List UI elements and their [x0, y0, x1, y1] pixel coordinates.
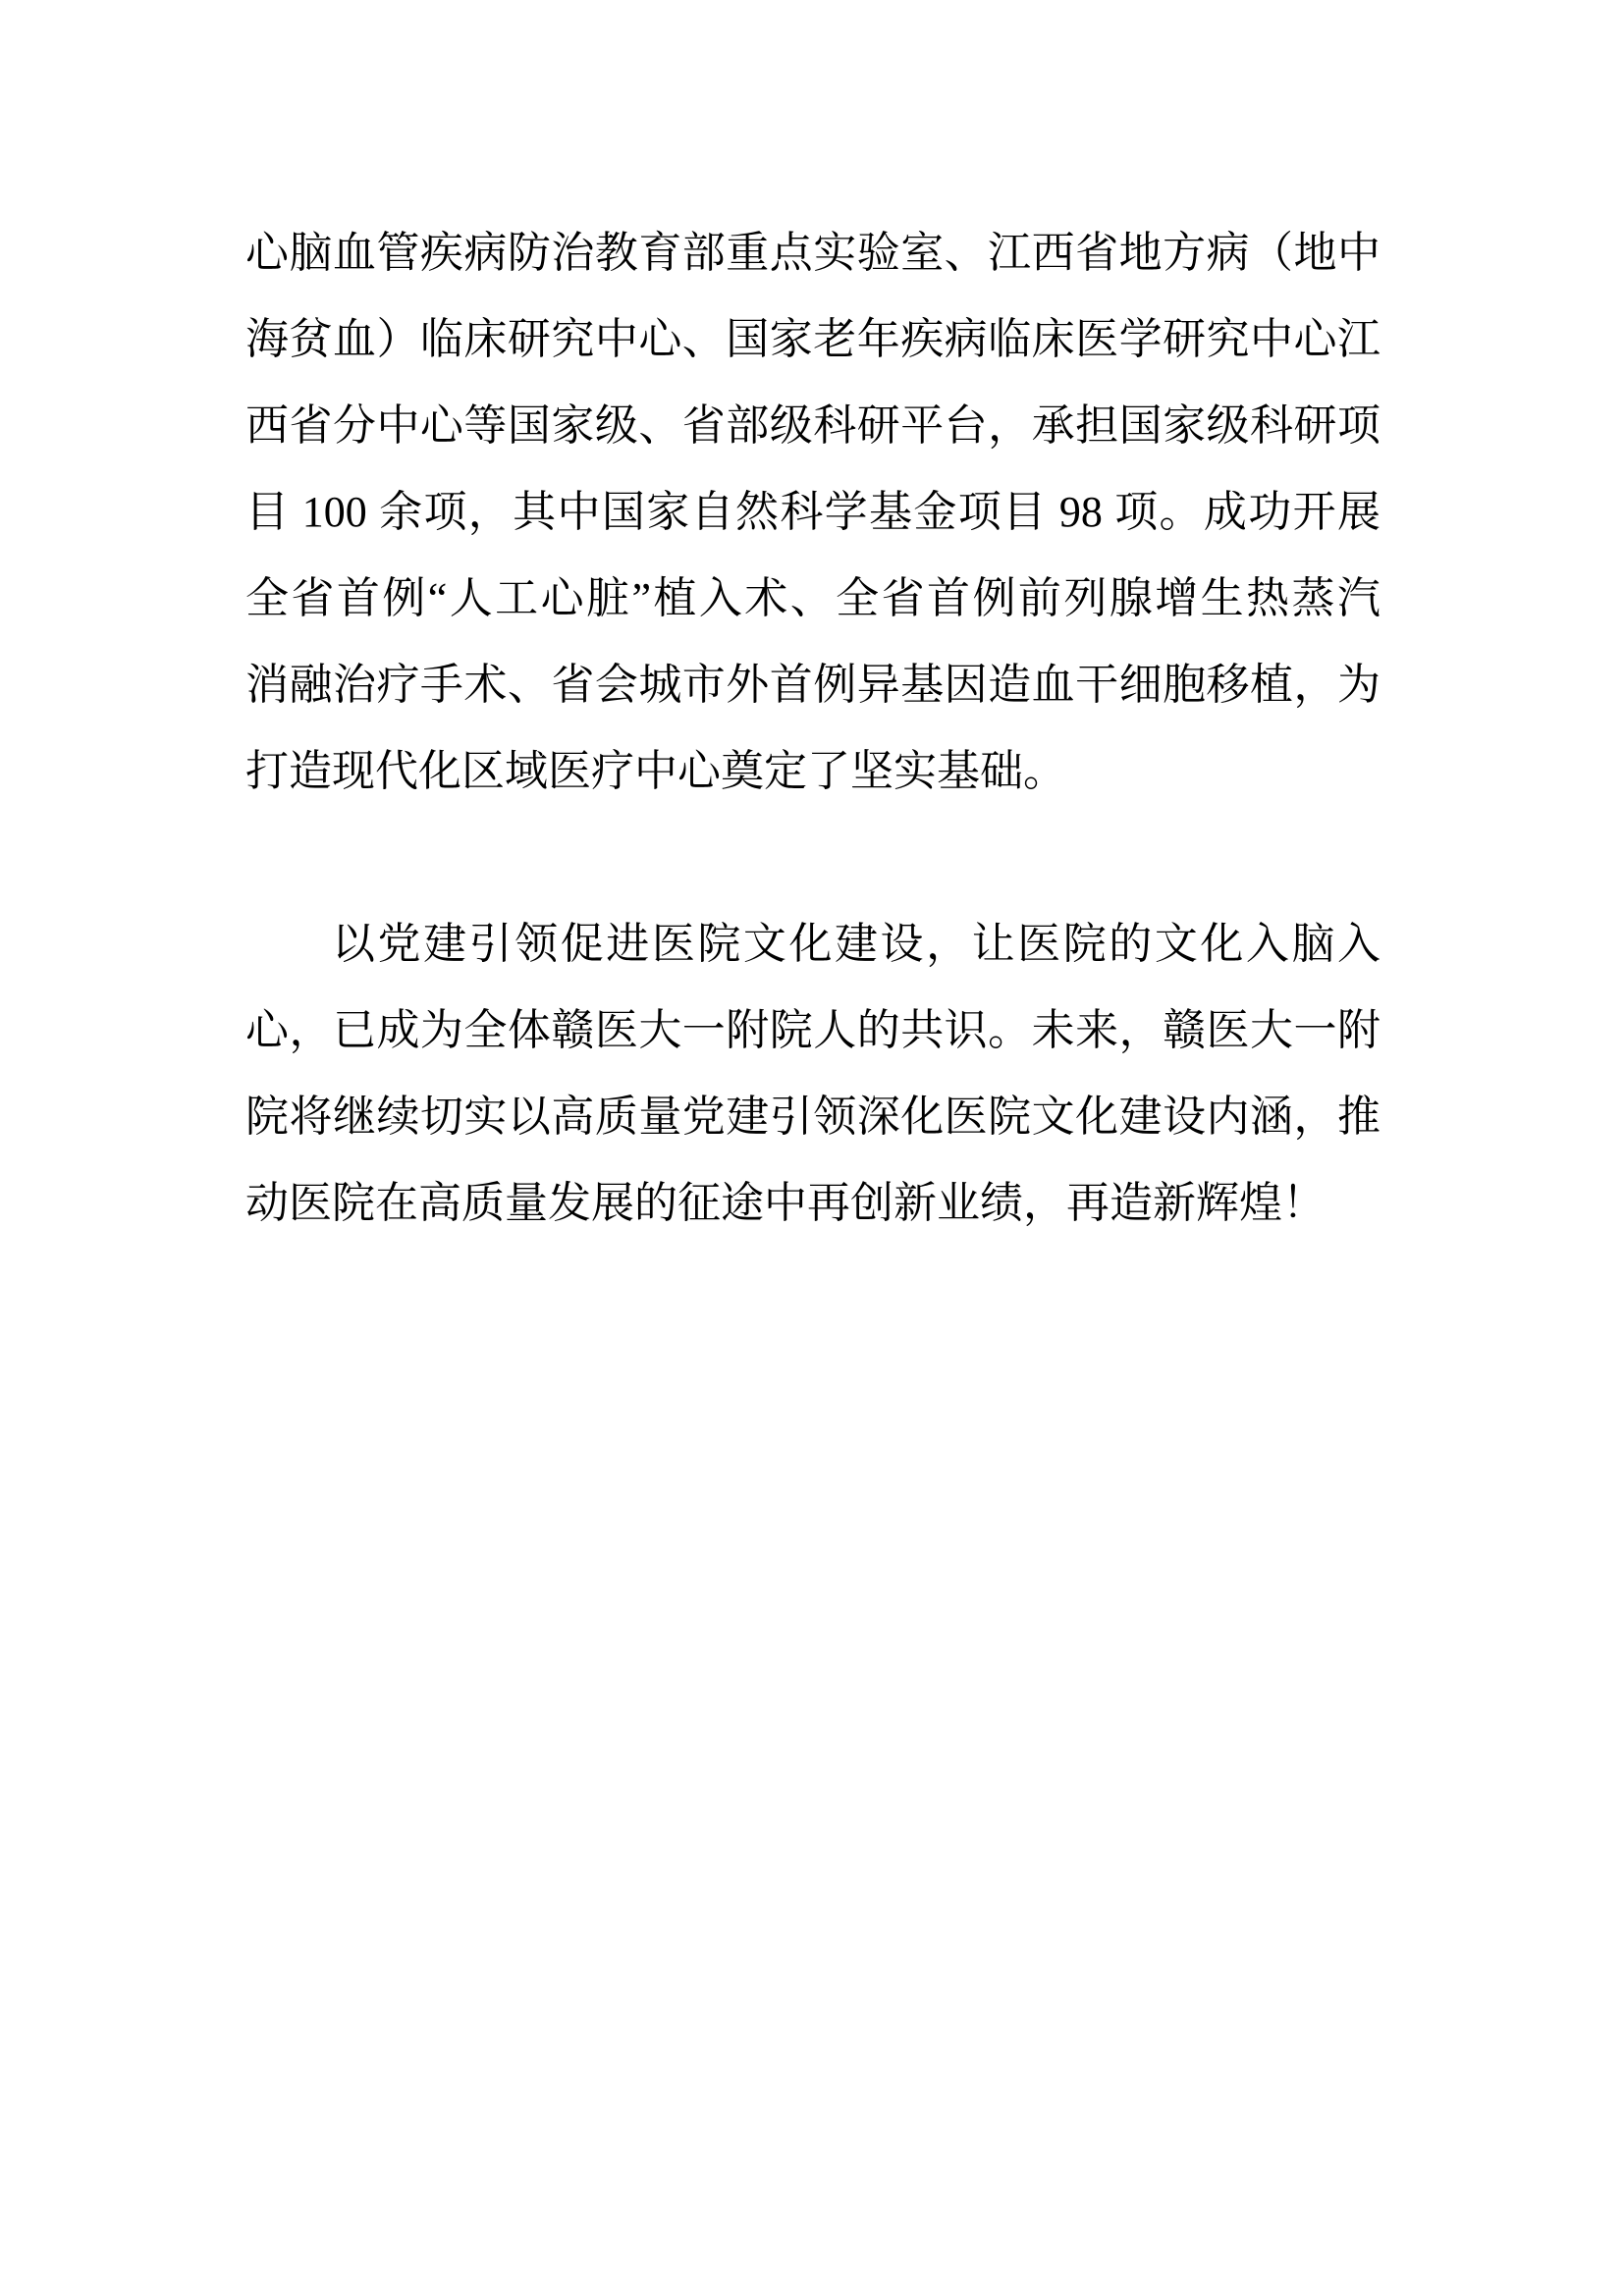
text-line: 院将继续切实以高质量党建引领深化医院文化建设内涵，推	[245, 1074, 1380, 1160]
text-line: 动医院在高质量发展的征途中再创新业绩，再造新辉煌！	[245, 1160, 1380, 1247]
text-line: 消融治疗手术、省会城市外首例异基因造血干细胞移植，为	[245, 642, 1380, 728]
document-page: 心脑血管疾病防治教育部重点实验室、江西省地方病（地中 海贫血）临床研究中心、国家…	[0, 0, 1624, 2296]
document-body: 心脑血管疾病防治教育部重点实验室、江西省地方病（地中 海贫血）临床研究中心、国家…	[245, 210, 1380, 1247]
paragraph-1: 心脑血管疾病防治教育部重点实验室、江西省地方病（地中 海贫血）临床研究中心、国家…	[245, 210, 1380, 815]
text-line: 心脑血管疾病防治教育部重点实验室、江西省地方病（地中	[245, 210, 1380, 296]
text-line: 全省首例“人工心脏”植入术、全省首例前列腺增生热蒸汽	[245, 556, 1380, 642]
text-line: 目 100 余项，其中国家自然科学基金项目 98 项。成功开展	[245, 469, 1380, 556]
text-line: 西省分中心等国家级、省部级科研平台，承担国家级科研项	[245, 383, 1380, 469]
text-line: 打造现代化区域医疗中心奠定了坚实基础。	[245, 728, 1380, 815]
text-line: 海贫血）临床研究中心、国家老年疾病临床医学研究中心江	[245, 296, 1380, 383]
text-line: 以党建引领促进医院文化建设，让医院的文化入脑入	[245, 901, 1380, 988]
paragraph-2: 以党建引领促进医院文化建设，让医院的文化入脑入 心，已成为全体赣医大一附院人的共…	[245, 901, 1380, 1247]
text-line: 心，已成为全体赣医大一附院人的共识。未来，赣医大一附	[245, 988, 1380, 1074]
